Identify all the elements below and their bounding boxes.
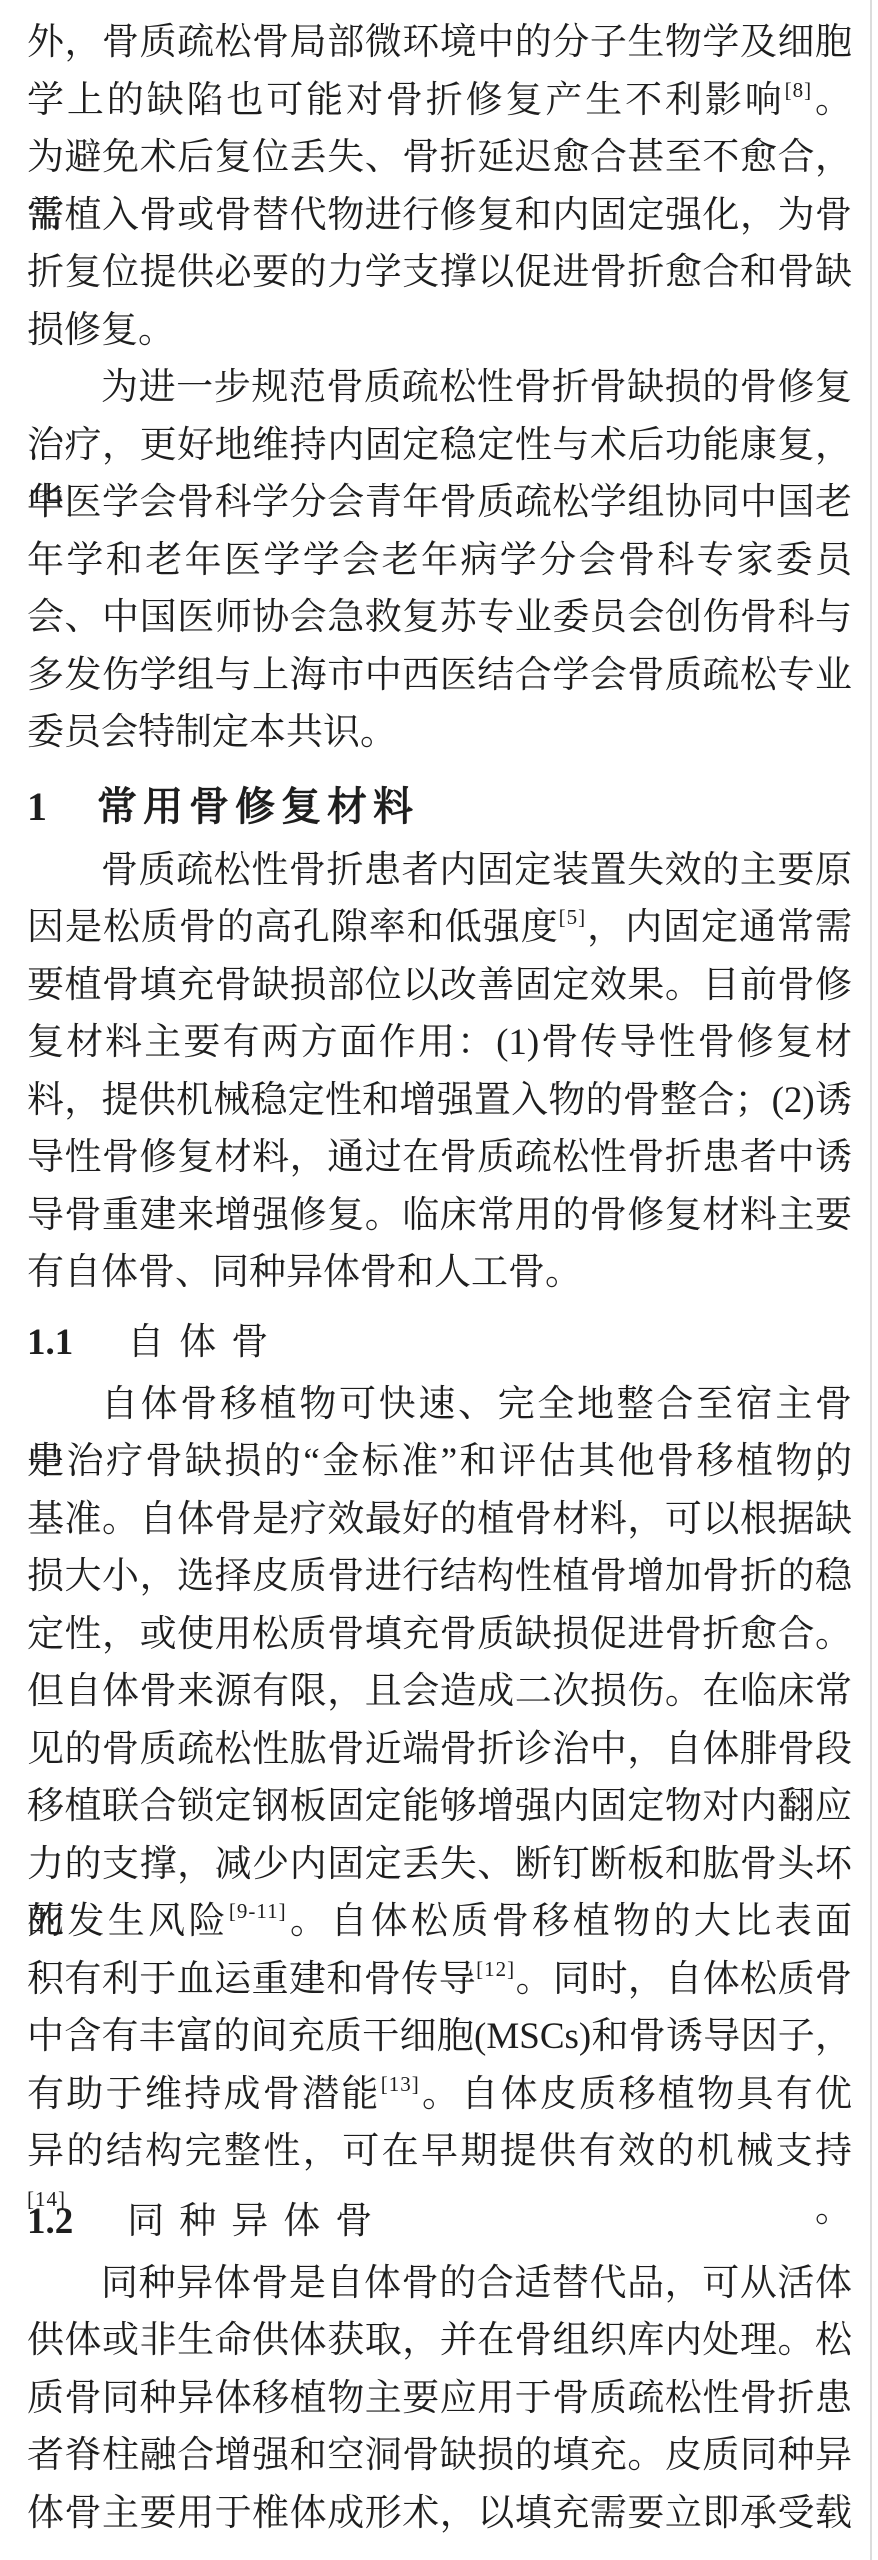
text-line: 治疗，更好地维持内固定稳定性与术后功能康复，中 (27, 417, 852, 475)
text-line: 料，提供机械稳定性和增强置入物的骨整合；(2)诱 (27, 1072, 852, 1130)
text-line: 是治疗骨缺损的“金标准”和评估其他骨移植物的 (27, 1433, 852, 1491)
text-line: 委员会特制定本共识。 (27, 704, 852, 762)
text-line: 定性，或使用松质骨填充骨质缺损促进骨折愈合。 (27, 1606, 852, 1664)
text-line: 学上的缺陷也可能对骨折修复产生不利影响[8]。 (27, 72, 852, 130)
section-title: 同种异体骨 (127, 2201, 387, 2242)
text-line: 损修复。 (27, 302, 852, 360)
text-line: 但自体骨来源有限，且会造成二次损伤。在临床常 (27, 1663, 852, 1721)
text-line: 力的支撑，减少内固定丢失、断钉断板和肱骨头坏死 (27, 1836, 852, 1894)
text-line: 复材料主要有两方面作用：(1)骨传导性骨修复材 (27, 1014, 852, 1072)
reference-superscript: [8] (785, 78, 813, 102)
reference-superscript: [12] (476, 1957, 515, 1981)
text-line: 有自体骨、同种异体骨和人工骨。 (27, 1244, 852, 1302)
text-line: 异的结构完整性，可在早期提供有效的机械支持[14]。 (27, 2123, 852, 2181)
text-line: 中含有丰富的间充质干细胞(MSCs)和骨诱导因子， (27, 2008, 852, 2066)
section-heading-1: 1常用骨修复材料 (27, 778, 852, 836)
text-line: 骨质疏松性骨折患者内固定装置失效的主要原 (27, 842, 852, 900)
text-line: 质骨同种异体移植物主要应用于骨质疏松性骨折患 (27, 2370, 852, 2428)
paragraph: 自体骨移植物可快速、完全地整合至宿主骨中，是治疗骨缺损的“金标准”和评估其他骨移… (27, 1376, 852, 2181)
section-number: 1.1 (27, 1322, 73, 1363)
text-line: 折复位提供必要的力学支撑以促进骨折愈合和骨缺 (27, 244, 852, 302)
paragraph: 同种异体骨是自体骨的合适替代品，可从活体供体或非生命供体获取，并在骨组织库内处理… (27, 2255, 852, 2543)
column-divider-rule (870, 0, 872, 2560)
text-line: 因是松质骨的高孔隙率和低强度[5]，内固定通常需 (27, 899, 852, 957)
section-heading-1.1: 1.1自体骨 (27, 1314, 852, 1372)
text-line: 为避免术后复位丢失、骨折延迟愈合甚至不愈合，常 (27, 129, 852, 187)
text-line: 为进一步规范骨质疏松性骨折骨缺损的骨修复 (27, 359, 852, 417)
text-line: 损大小，选择皮质骨进行结构性植骨增加骨折的稳 (27, 1548, 852, 1606)
text-line: 同种异体骨是自体骨的合适替代品，可从活体 (27, 2255, 852, 2313)
text-line: 体骨主要用于椎体成形术，以填充需要立即承受载 (27, 2485, 852, 2543)
text-line: 需植入骨或骨替代物进行修复和内固定强化，为骨 (27, 187, 852, 245)
reference-superscript: [13] (381, 2072, 420, 2096)
text-line: 移植联合锁定钢板固定能够增强内固定物对内翻应 (27, 1778, 852, 1836)
section-number: 1.2 (27, 2201, 73, 2242)
text-line: 的发生风险[9-11]。自体松质骨移植物的大比表面 (27, 1893, 852, 1951)
paragraph: 骨质疏松性骨折患者内固定装置失效的主要原因是松质骨的高孔隙率和低强度[5]，内固… (27, 842, 852, 1302)
text-line: 年学和老年医学学会老年病学分会骨科专家委员 (27, 532, 852, 590)
text-line: 要植骨填充骨缺损部位以改善固定效果。目前骨修 (27, 957, 852, 1015)
text-line: 多发伤学组与上海市中西医结合学会骨质疏松专业 (27, 647, 852, 705)
paragraph: 外，骨质疏松骨局部微环境中的分子生物学及细胞学上的缺陷也可能对骨折修复产生不利影… (27, 14, 852, 359)
text-line: 会、中国医师协会急救复苏专业委员会创伤骨科与 (27, 589, 852, 647)
document-page: 外，骨质疏松骨局部微环境中的分子生物学及细胞学上的缺陷也可能对骨折修复产生不利影… (0, 0, 878, 2560)
text-line: 供体或非生命供体获取，并在骨组织库内处理。松 (27, 2312, 852, 2370)
reference-superscript: [9-11] (229, 1899, 287, 1923)
text-line: 外，骨质疏松骨局部微环境中的分子生物学及细胞 (27, 14, 852, 72)
paragraph: 为进一步规范骨质疏松性骨折骨缺损的骨修复治疗，更好地维持内固定稳定性与术后功能康… (27, 359, 852, 762)
text-line: 导骨重建来增强修复。临床常用的骨修复材料主要 (27, 1187, 852, 1245)
reference-superscript: [5] (559, 905, 587, 929)
text-line: 华医学会骨科学分会青年骨质疏松学组协同中国老 (27, 474, 852, 532)
section-title: 常用骨修复材料 (97, 785, 419, 829)
text-line: 积有利于血运重建和骨传导[12]。同时，自体松质骨 (27, 1951, 852, 2009)
text-line: 有助于维持成骨潜能[13]。自体皮质移植物具有优 (27, 2066, 852, 2124)
text-line: 基准。自体骨是疗效最好的植骨材料，可以根据缺 (27, 1491, 852, 1549)
section-number: 1 (27, 784, 47, 829)
text-line: 导性骨修复材料，通过在骨质疏松性骨折患者中诱 (27, 1129, 852, 1187)
text-line: 自体骨移植物可快速、完全地整合至宿主骨中， (27, 1376, 852, 1434)
text-line: 者脊柱融合增强和空洞骨缺损的填充。皮质同种异 (27, 2427, 852, 2485)
section-title: 自体骨 (127, 1322, 283, 1363)
text-line: 见的骨质疏松性肱骨近端骨折诊治中，自体腓骨段 (27, 1721, 852, 1779)
